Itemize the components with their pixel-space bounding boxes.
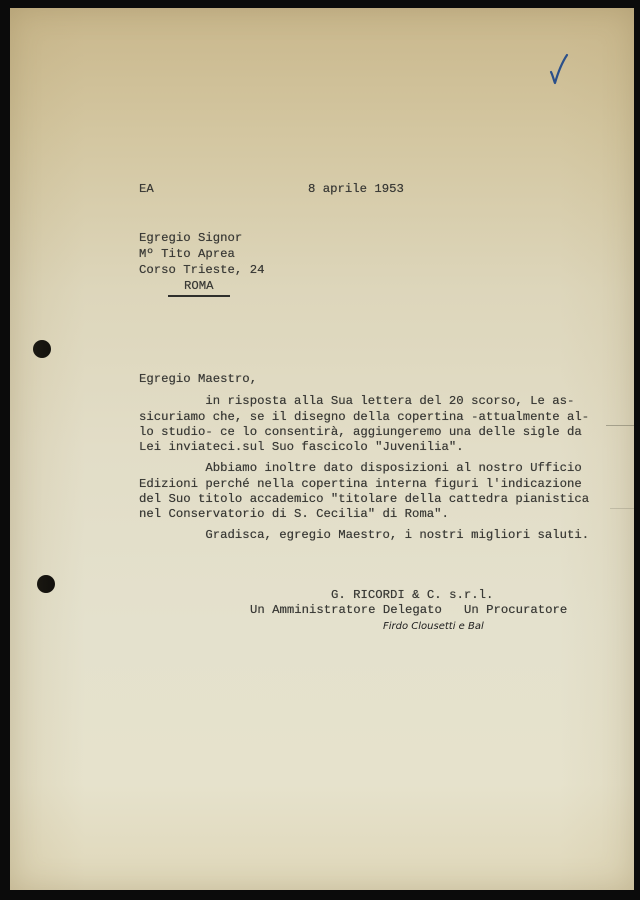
signatory-roles: Un Amministratore Delegato Un Procurator… xyxy=(250,603,567,618)
paragraph-line: Edizioni perché nella copertina interna … xyxy=(139,477,582,492)
fold-mark xyxy=(606,425,634,426)
salutation: Egregio Maestro, xyxy=(139,372,257,387)
fold-mark xyxy=(610,508,634,509)
recipient-city: ROMA xyxy=(184,279,214,294)
paragraph-line: lo studio- ce lo consentirà, aggiungerem… xyxy=(139,425,582,440)
paragraph-line: nel Conservatorio di S. Cecilia" di Roma… xyxy=(139,507,449,522)
punch-hole-bottom xyxy=(37,575,55,593)
recipient-line-3: Corso Trieste, 24 xyxy=(139,263,264,278)
paragraph-line: sicuriamo che, se il disegno della coper… xyxy=(139,410,589,425)
checkmark-icon xyxy=(548,52,570,86)
paragraph-line: Abbiamo inoltre dato disposizioni al nos… xyxy=(139,461,582,476)
paragraph-line: in risposta alla Sua lettera del 20 scor… xyxy=(139,394,574,409)
city-underline xyxy=(168,295,230,297)
paragraph-line: Lei inviateci.sul Suo fascicolo "Juvenil… xyxy=(139,440,464,455)
punch-hole-top xyxy=(33,340,51,358)
recipient-line-1: Egregio Signor xyxy=(139,231,242,246)
reference-code: EA xyxy=(139,182,154,197)
letter-page: EA 8 aprile 1953 Egregio Signor Mº Tito … xyxy=(10,8,634,890)
signature-stamp: Firdo Clousetti e Bal xyxy=(383,621,484,632)
letter-date: 8 aprile 1953 xyxy=(308,182,404,197)
paragraph-line: del Suo titolo accademico "titolare dell… xyxy=(139,492,589,507)
closing-line: Gradisca, egregio Maestro, i nostri migl… xyxy=(139,528,589,543)
company-name: G. RICORDI & C. s.r.l. xyxy=(331,588,493,603)
recipient-line-2: Mº Tito Aprea xyxy=(139,247,235,262)
